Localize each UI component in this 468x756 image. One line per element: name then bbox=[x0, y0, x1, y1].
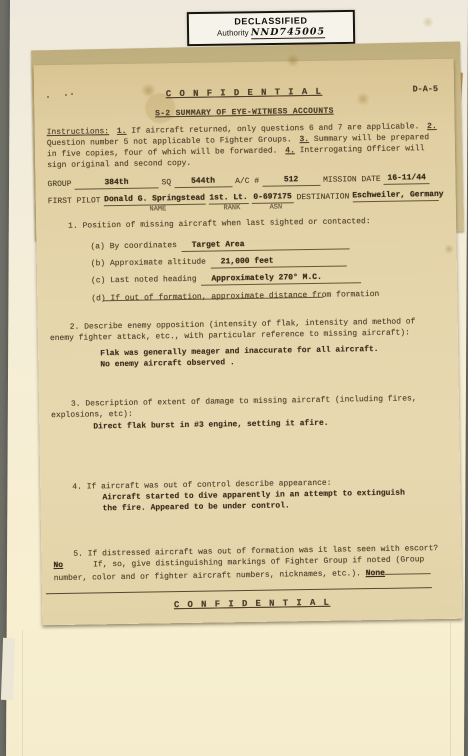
paper-sliver bbox=[1, 638, 15, 700]
classification-header: C O N F I D E N T I A L bbox=[34, 85, 454, 103]
pilot-asn-value: 0-697175 bbox=[253, 192, 292, 202]
question-4-number: 4. bbox=[72, 483, 82, 492]
q1-d-label: (d) If out of formation, approximate dis… bbox=[91, 290, 379, 304]
squadron-value: 544th bbox=[191, 176, 215, 185]
instruction-3-number: 3. bbox=[299, 135, 309, 144]
group-field: 384th bbox=[74, 176, 158, 189]
instructions-paragraph: Instructions: 1. If aircraft returned, o… bbox=[47, 121, 440, 171]
group-label: GROUP bbox=[47, 179, 71, 190]
instructions-label: Instructions: bbox=[47, 127, 110, 137]
page-reference: D-A-5 bbox=[412, 84, 438, 95]
rank-sublabel: RANK bbox=[212, 204, 252, 213]
question-3: 3. Description of extent of damage to mi… bbox=[51, 393, 443, 421]
q1-a-field: Target Area bbox=[182, 237, 350, 252]
aircraft-number-value: 512 bbox=[284, 175, 299, 184]
question-2-number: 2. bbox=[70, 323, 80, 332]
pilot-rank-field: 1st. Lt. bbox=[208, 192, 248, 205]
question-3-text: Description of extent of damage to missi… bbox=[51, 394, 417, 420]
q1-item-b: (b) Approximate altitude 21,000 feet bbox=[91, 254, 347, 270]
document-page: C O N F I D E N T I A L D-A-5 S-2 SUMMAR… bbox=[34, 59, 463, 626]
spacer bbox=[48, 214, 104, 215]
q1-b-field: 21,000 feet bbox=[211, 254, 347, 268]
form-row-group: GROUP 384th SQ 544th A/C # 512 MISSION D… bbox=[47, 172, 443, 190]
pilot-rank-value: 1st. Lt. bbox=[209, 193, 248, 203]
q1-c-label: (c) Last noted heading bbox=[91, 275, 197, 286]
q1-c-value: Approximately 270° M.C. bbox=[211, 273, 322, 284]
aircraft-number-label: A/C # bbox=[235, 176, 259, 187]
question-1-text: Position of missing aircraft when last s… bbox=[83, 217, 371, 231]
q4-answer: Aircraft started to dive apparently in a… bbox=[102, 487, 414, 514]
asn-sublabel: ASN bbox=[255, 203, 297, 212]
question-2-text: Describe enemy opposition (intensity of … bbox=[50, 317, 416, 343]
q1-b-label: (b) Approximate altitude bbox=[91, 258, 206, 269]
group-value: 384th bbox=[104, 178, 128, 187]
fold-line bbox=[450, 622, 451, 756]
question-5-number: 5. bbox=[73, 550, 83, 559]
fold-line bbox=[22, 630, 23, 756]
speck bbox=[47, 96, 49, 98]
stain bbox=[444, 244, 454, 254]
question-2: 2. Describe enemy opposition (intensity … bbox=[50, 316, 442, 344]
stain bbox=[141, 83, 156, 98]
classification-footer: C O N F I D E N T I A L bbox=[42, 596, 462, 614]
speck bbox=[65, 94, 67, 96]
mission-date-field: 16-11/44 bbox=[384, 172, 430, 185]
q1-item-a: (a) By coordinates Target Area bbox=[90, 237, 349, 253]
q2-answer-line1: Flak was generally meager and inaccurate… bbox=[100, 344, 379, 359]
destination-value: Eschweiler, Germany bbox=[352, 190, 443, 200]
q1-item-d: (d) If out of formation, approximate dis… bbox=[91, 289, 379, 305]
aircraft-number-field: 512 bbox=[262, 174, 320, 187]
question-3-number: 3. bbox=[71, 400, 81, 409]
speck bbox=[71, 93, 73, 95]
name-sublabel: NAME bbox=[107, 205, 209, 215]
q3-answer: Direct flak burst in #3 engine, setting … bbox=[93, 418, 328, 433]
document-title: S-2 SUMMARY OF EYE-WITNESS ACCOUNTS bbox=[34, 104, 454, 122]
q1-a-label: (a) By coordinates bbox=[90, 241, 177, 251]
q2-answer-line2: No enemy aircraft observed . bbox=[100, 357, 235, 370]
stain bbox=[286, 54, 300, 67]
stain bbox=[356, 92, 370, 106]
question-5-continued: NoIf, so, give distinguishing markings o… bbox=[53, 554, 445, 584]
mission-date-value: 16-11/44 bbox=[387, 173, 426, 183]
instruction-1-number: 1. bbox=[117, 127, 127, 136]
q1-b-value: 21,000 feet bbox=[221, 257, 274, 267]
q1-c-field: Approximately 270° M.C. bbox=[201, 271, 361, 286]
q1-a-value: Target Area bbox=[192, 240, 245, 250]
q5-blank-extension bbox=[385, 565, 431, 575]
q5-escort-answer: No bbox=[53, 561, 63, 570]
stamp-authority-line: Authority NND745005 bbox=[189, 26, 353, 39]
squadron-label: SQ bbox=[161, 177, 171, 188]
pilot-name-value: Donald G. Springstead bbox=[104, 194, 205, 205]
mission-date-label: MISSION DATE bbox=[323, 174, 381, 186]
stamp-authority-label: Authority bbox=[217, 28, 249, 37]
footer-rule bbox=[46, 587, 432, 594]
squadron-field: 544th bbox=[174, 175, 232, 188]
pilot-asn-field: 0-697175 bbox=[251, 191, 293, 204]
instruction-2-number: 2. bbox=[427, 122, 437, 131]
question-1-number: 1. bbox=[68, 222, 78, 231]
q1-item-c: (c) Last noted heading Approximately 270… bbox=[91, 271, 362, 287]
stain bbox=[422, 16, 434, 28]
question-1: 1. Position of missing aircraft when las… bbox=[48, 215, 440, 232]
destination-label: DESTINATION bbox=[296, 191, 349, 203]
q5-markings-answer: None bbox=[366, 569, 385, 578]
scanned-document-photo: DECLASSIFIED Authority NND745005 C O N F… bbox=[0, 0, 468, 756]
first-pilot-label: FIRST PILOT bbox=[48, 195, 101, 207]
stamp-authority-number: NND745005 bbox=[251, 26, 325, 39]
instruction-4-number: 4. bbox=[285, 146, 295, 155]
declassified-stamp: DECLASSIFIED Authority NND745005 bbox=[187, 10, 355, 46]
